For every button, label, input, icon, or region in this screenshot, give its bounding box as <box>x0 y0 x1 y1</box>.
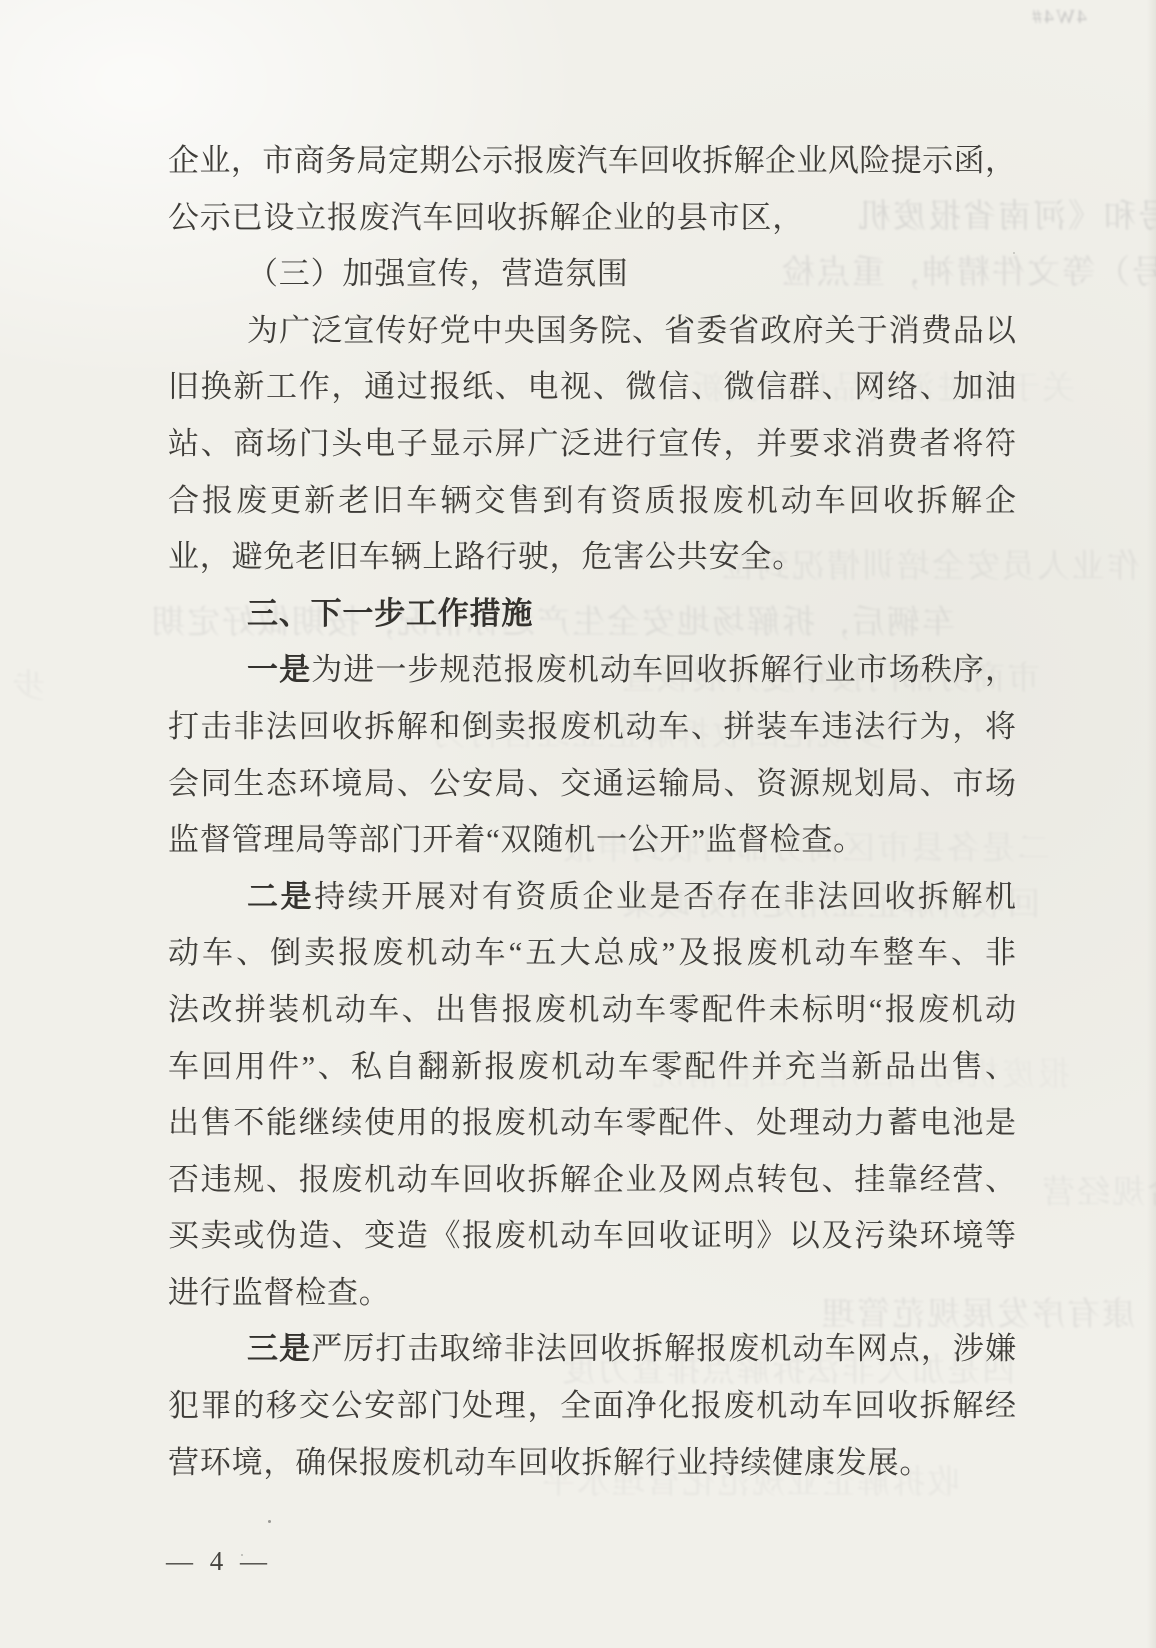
text-line: 旧换新工作，通过报纸、电视、微信、微信群、网络、加油 <box>168 359 1016 416</box>
text-line: 一是为进一步规范报废机动车回收拆解行业市场秩序， <box>168 642 1016 699</box>
emphasis-text: 一是 <box>247 652 311 687</box>
emphasis-text: 三是 <box>247 1331 311 1366</box>
body-text-segment: 犯罪的移交公安部门处理，全面净化报废机动车回收拆解经 <box>168 1388 1016 1423</box>
bleedthrough-text: 4W4# <box>1030 6 1087 29</box>
bleedthrough-text: 合规经营 <box>1040 1166 1156 1213</box>
body-text-segment: 公示已设立报废汽车回收拆解企业的县市区， <box>168 200 804 235</box>
text-line: 动车、倒卖报废机动车“五大总成”及报废机动车整车、非 <box>168 925 1016 982</box>
body-text-segment: 业，避免老旧车辆上路行驶，危害公共安全。 <box>168 539 804 574</box>
body-text-segment: 出售不能继续使用的报废机动车零配件、处理动力蓄电池是 <box>168 1105 1016 1140</box>
body-text-segment: 合报废更新老旧车辆交售到有资质报废机动车回收拆解企 <box>168 483 1016 518</box>
section-heading-line: 三、下一步工作措施 <box>168 586 1016 643</box>
text-line: 否违规、报废机动车回收拆解企业及网点转包、挂靠经营、 <box>168 1152 1016 1209</box>
body-text-segment: 会同生态环境局、公安局、交通运输局、资源规划局、市场 <box>168 766 1016 801</box>
text-line: 法改拼装机动车、出售报废机动车零配件未标明“报废机动 <box>168 982 1016 1039</box>
scan-speck <box>241 1554 243 1556</box>
text-line: 犯罪的移交公安部门处理，全面净化报废机动车回收拆解经 <box>168 1378 1016 1435</box>
body-text-segment: 为广泛宣传好党中央国务院、省委省政府关于消费品以 <box>247 313 1016 348</box>
body-text-segment: 进行监督检查。 <box>168 1275 391 1310</box>
text-line: 买卖或伪造、变造《报废机动车回收证明》以及污染环境等 <box>168 1208 1016 1265</box>
text-line: 公示已设立报废汽车回收拆解企业的县市区， <box>168 190 1016 247</box>
emphasis-text: 二是 <box>247 879 314 914</box>
body-text-segment: 企业，市商务局定期公示报废汽车回收拆解企业风险提示函， <box>168 143 1016 178</box>
scan-speck <box>1013 252 1015 254</box>
text-line: 出售不能继续使用的报废机动车零配件、处理动力蓄电池是 <box>168 1095 1016 1152</box>
text-line: 车回用件”、私自翻新报废机动车零配件并充当新品出售、 <box>168 1039 1016 1096</box>
text-line: 站、商场门头电子显示屏广泛进行宣传，并要求消费者将符 <box>168 416 1016 473</box>
document-body: 企业，市商务局定期公示报废汽车回收拆解企业风险提示函，公示已设立报废汽车回收拆解… <box>168 133 1016 1491</box>
body-text-segment: （三）加强宣传，营造氛围 <box>247 256 629 291</box>
text-line: 业，避免老旧车辆上路行驶，危害公共安全。 <box>168 529 1016 586</box>
bleedthrough-text: 步 <box>10 660 45 707</box>
body-text-segment: 打击非法回收拆解和倒卖报废机动车、拼装车违法行为，将 <box>168 709 1016 744</box>
text-line: 合报废更新老旧车辆交售到有资质报废机动车回收拆解企 <box>168 473 1016 530</box>
body-text-segment: 法改拼装机动车、出售报废机动车零配件未标明“报废机动 <box>168 992 1016 1027</box>
text-line: 会同生态环境局、公安局、交通运输局、资源规划局、市场 <box>168 756 1016 813</box>
body-text-segment: 持续开展对有资质企业是否存在非法回收拆解机 <box>314 879 1016 914</box>
page-number: — 4 — <box>166 1546 272 1576</box>
text-line: 企业，市商务局定期公示报废汽车回收拆解企业风险提示函， <box>168 133 1016 190</box>
text-line: 进行监督检查。 <box>168 1265 1016 1322</box>
emphasis-text: 三、下一步工作措施 <box>247 596 533 631</box>
text-line: （三）加强宣传，营造氛围 <box>168 246 1016 303</box>
body-text-segment: 动车、倒卖报废机动车“五大总成”及报废机动车整车、非 <box>168 935 1016 970</box>
body-text-segment: 监督管理局等部门开着“双随机一公开”监督检查。 <box>168 822 865 857</box>
scan-speck <box>268 1520 271 1523</box>
body-text-segment: 站、商场门头电子显示屏广泛进行宣传，并要求消费者将符 <box>168 426 1016 461</box>
body-text-segment: 车回用件”、私自翻新报废机动车零配件并充当新品出售、 <box>168 1049 1016 1084</box>
body-text-segment: 严厉打击取缔非法回收拆解报废机动车网点，涉嫌 <box>311 1331 1016 1366</box>
text-line: 三是严厉打击取缔非法回收拆解报废机动车网点，涉嫌 <box>168 1321 1016 1378</box>
scanned-page: 2号和《河南省报废机3号）等文件精神，重点检关于促进消费品以旧换新作业人员安全培… <box>0 0 1156 1648</box>
body-text-segment: 买卖或伪造、变造《报废机动车回收证明》以及污染环境等 <box>168 1218 1016 1253</box>
text-line: 二是持续开展对有资质企业是否存在非法回收拆解机 <box>168 869 1016 926</box>
text-line: 监督管理局等部门开着“双随机一公开”监督检查。 <box>168 812 1016 869</box>
body-text-segment: 否违规、报废机动车回收拆解企业及网点转包、挂靠经营、 <box>168 1162 1016 1197</box>
body-text-segment: 营环境，确保报废机动车回收拆解行业持续健康发展。 <box>168 1445 931 1480</box>
text-line: 营环境，确保报废机动车回收拆解行业持续健康发展。 <box>168 1435 1016 1492</box>
body-text-segment: 旧换新工作，通过报纸、电视、微信、微信群、网络、加油 <box>168 369 1016 404</box>
body-text-segment: 为进一步规范报废机动车回收拆解行业市场秩序， <box>311 652 1016 687</box>
text-line: 打击非法回收拆解和倒卖报废机动车、拼装车违法行为，将 <box>168 699 1016 756</box>
text-line: 为广泛宣传好党中央国务院、省委省政府关于消费品以 <box>168 303 1016 360</box>
